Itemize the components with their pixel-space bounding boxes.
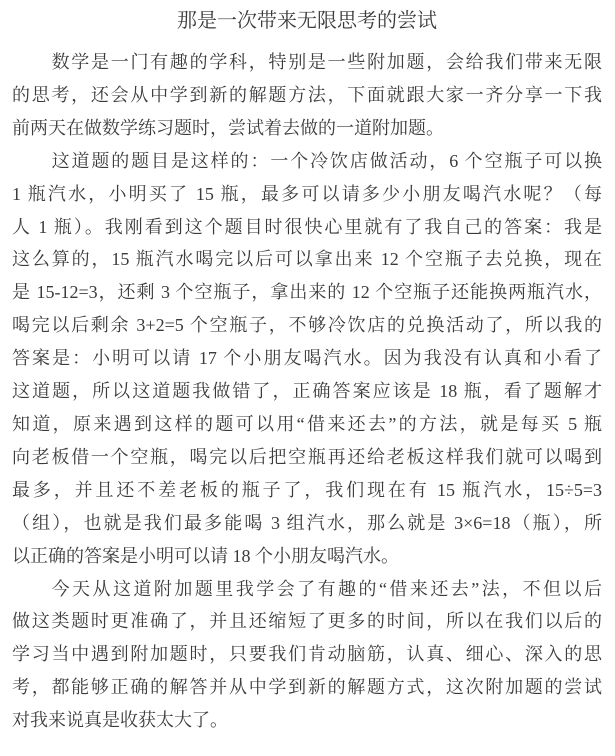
text-line: 以正确的答案是小明可以请 18 个小朋友喝汽水。: [12, 540, 602, 573]
text-line: （组），也就是我们最多能喝 3 组汽水，那么就是 3×6=18（瓶），所: [12, 507, 602, 540]
text-line: 前两天在做数学练习题时，尝试着去做的一道附加题。: [12, 112, 602, 145]
text-line: 学习当中遇到附加题时，只要我们肯动脑筋，认真、细心、深入的思: [12, 638, 602, 671]
text-line: 最多，并且还不差老板的瓶子了，我们现在有 15 瓶汽水，15÷5=3: [12, 474, 602, 507]
paragraph-conclusion: 今天从这道附加题里我学会了有趣的“借来还去”法，不但以后 做这类题时更准确了，并…: [12, 573, 602, 738]
paragraph-intro: 数学是一门有趣的学科，特别是一些附加题，会给我们带来无限 的思考，还会从中学到新…: [12, 46, 602, 145]
text-line: 对我来说真是收获太大了。: [12, 704, 602, 737]
text-line: 做这类题时更准确了，并且还缩短了更多的时间，所以在我们以后的: [12, 605, 602, 638]
text-line: 今天从这道附加题里我学会了有趣的“借来还去”法，不但以后: [12, 573, 602, 606]
text-line: 喝完以后剩余 3+2=5 个空瓶子，不够冷饮店的兑换活动了，所以我的: [12, 309, 602, 342]
text-line: 人 1 瓶）。我刚看到这个题目时很快心里就有了我自己的答案：我是: [12, 211, 602, 244]
document-page: 那是一次带来无限思考的尝试 数学是一门有趣的学科，特别是一些附加题，会给我们带来…: [0, 0, 615, 756]
text-line: 向老板借一个空瓶，喝完以后把空瓶再还给老板这样我们就可以喝到: [12, 441, 602, 474]
text-line: 考，都能够正确的解答并从中学到新的解题方式，这次附加题的尝试: [12, 671, 602, 704]
text-line: 是 15-12=3，还剩 3 个空瓶子，拿出来的 12 个空瓶子还能换两瓶汽水，: [12, 276, 602, 309]
text-line: 知道，原来遇到这样的题可以用“借来还去”的方法，就是每买 5 瓶: [12, 408, 602, 441]
document-title: 那是一次带来无限思考的尝试: [12, 4, 602, 38]
text-line: 答案是：小明可以请 17 个小朋友喝汽水。因为我没有认真和小看了: [12, 342, 602, 375]
paragraph-problem: 这道题的题目是这样的：一个冷饮店做活动，6 个空瓶子可以换 1 瓶汽水，小明买了…: [12, 145, 602, 573]
text-line: 数学是一门有趣的学科，特别是一些附加题，会给我们带来无限: [12, 46, 602, 79]
text-line: 的思考，还会从中学到新的解题方法，下面就跟大家一齐分享一下我: [12, 79, 602, 112]
text-line: 1 瓶汽水，小明买了 15 瓶，最多可以请多少小朋友喝汽水呢？（每: [12, 178, 602, 211]
text-line: 这道题的题目是这样的：一个冷饮店做活动，6 个空瓶子可以换: [12, 145, 602, 178]
text-line: 这么算的，15 瓶汽水喝完以后可以拿出来 12 个空瓶子去兑换，现在: [12, 243, 602, 276]
text-line: 这道题，所以这道题我做错了，正确答案应该是 18 瓶，看了题解才: [12, 375, 602, 408]
